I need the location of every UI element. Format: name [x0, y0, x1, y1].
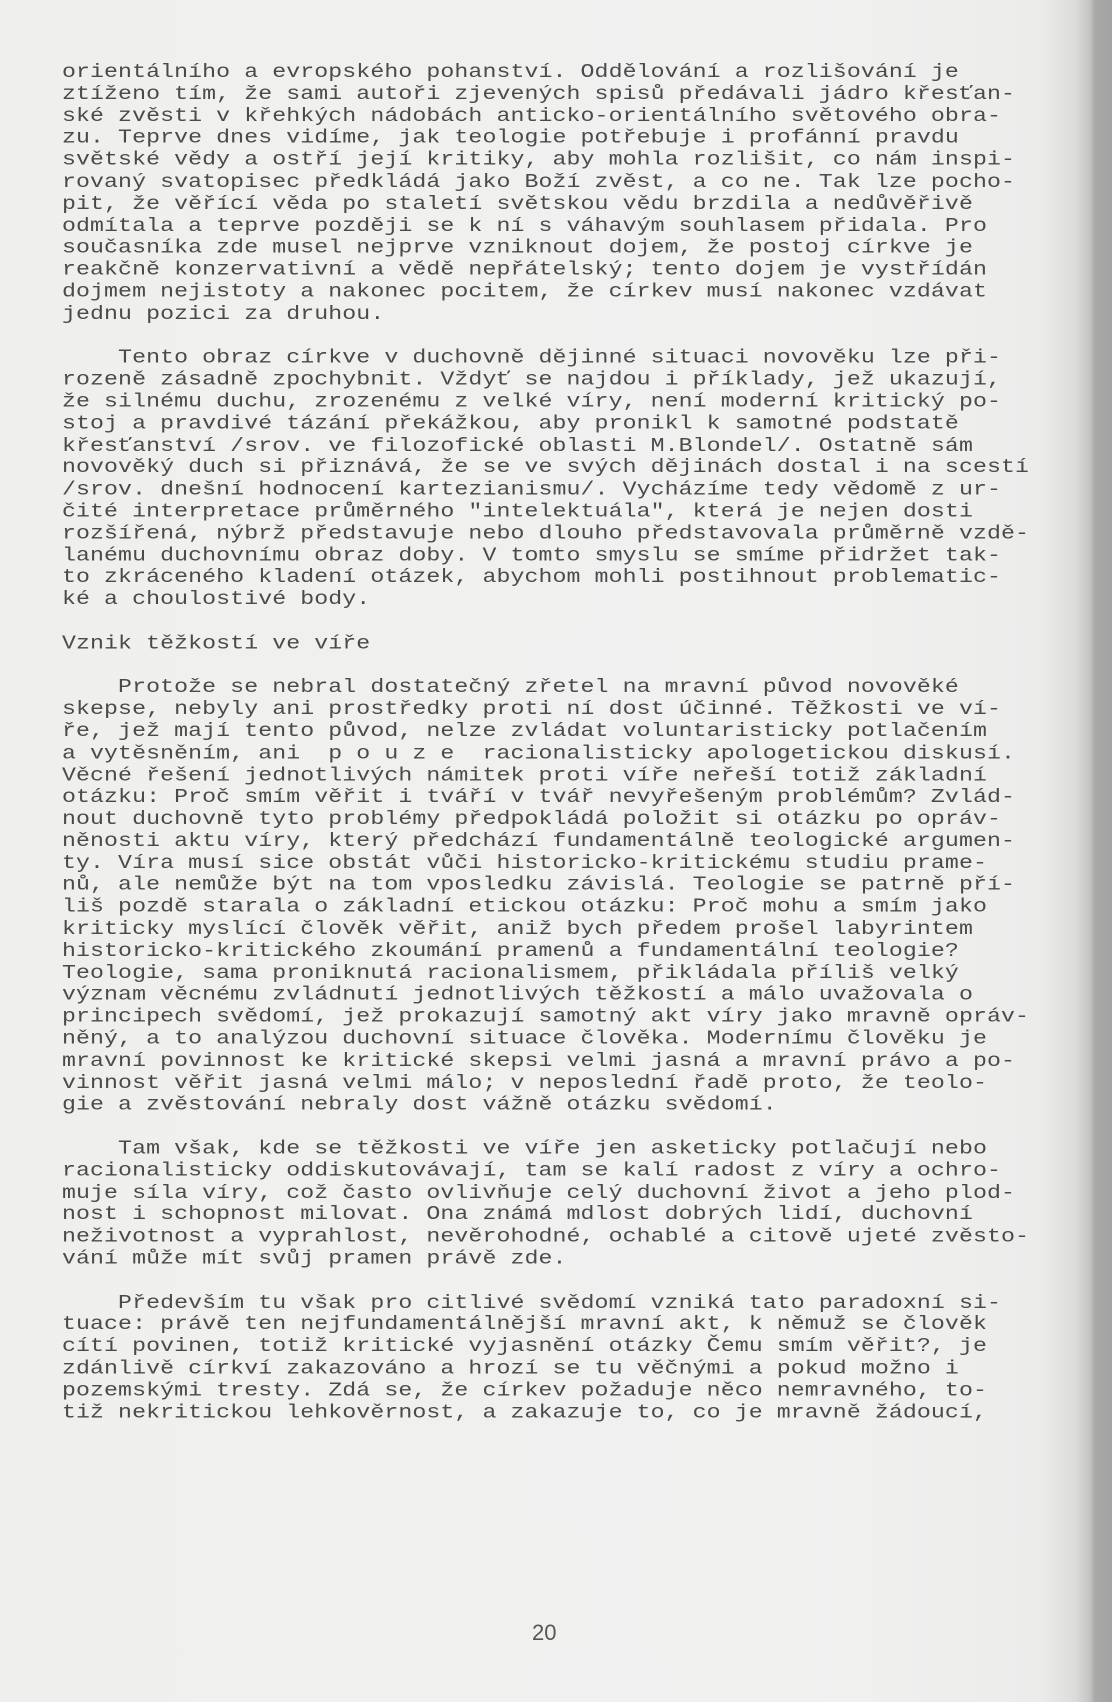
- paragraph-gap: [62, 1118, 1029, 1140]
- text-line: racionalisticky oddiskutovávají, tam se …: [62, 1162, 1029, 1184]
- text-line: to zkráceného kladení otázek, abychom mo…: [62, 568, 1029, 590]
- text-line: současníka zde musel nejprve vzniknout d…: [62, 239, 1029, 261]
- text-line: zu. Teprve dnes vidíme, jak teologie pot…: [62, 129, 1029, 151]
- text-line: /srov. dnešní hodnocení kartezianismu/. …: [62, 480, 1029, 502]
- text-line: stoj a pravdivé tázání překážkou, aby pr…: [62, 415, 1029, 437]
- text-line: vinnost věřit jasná velmi málo; v neposl…: [62, 1074, 1029, 1096]
- text-line: mravní povinnost ke kritické skepsi velm…: [62, 1052, 1029, 1074]
- text-line: ké a choulostivé body.: [62, 590, 1029, 612]
- text-line: něný, a to analýzou duchovní situace člo…: [62, 1030, 1029, 1052]
- text-line: nout duchovně tyto problémy předpokládá …: [62, 810, 1029, 832]
- text-line: tuace: právě ten nejfundamentálnější mra…: [62, 1315, 1029, 1337]
- text-line: něnosti aktu víry, který předchází funda…: [62, 832, 1029, 854]
- text-line: a vytěsněním, ani p o u z e racionalisti…: [62, 744, 1029, 766]
- text-line: lanému duchovnímu obraz doby. V tomto sm…: [62, 546, 1029, 568]
- text-line: muje síla víry, což často ovlivňuje celý…: [62, 1184, 1029, 1206]
- text-line: Teologie, sama proniknutá racionalismem,…: [62, 964, 1029, 986]
- text-line: dojmem nejistoty a nakonec pocitem, že c…: [62, 283, 1029, 305]
- text-line: pozemskými tresty. Zdá se, že církev pož…: [62, 1381, 1029, 1403]
- text-line: cítí povinen, totiž kritické vyjasnění o…: [62, 1337, 1029, 1359]
- text-line: ské zvěsti v křehkých nádobách anticko-o…: [62, 107, 1029, 129]
- text-line: že silnému duchu, zrozenému z velké víry…: [62, 393, 1029, 415]
- text-line: význam věcnému zvládnutí jednotlivých tě…: [62, 986, 1029, 1008]
- text-line: gie a zvěstování nebraly dost vážně otáz…: [62, 1096, 1029, 1118]
- text-line: Protože se nebral dostatečný zřetel na m…: [62, 678, 1029, 700]
- text-line: odmítala a teprve později se k ní s váha…: [62, 217, 1029, 239]
- text-line: světské vědy a ostří její kritiky, aby m…: [62, 151, 1029, 173]
- text-line: kriticky myslící člověk věřit, aniž bych…: [62, 920, 1029, 942]
- paragraph-gap: [62, 1272, 1029, 1294]
- text-line: orientálního a evropského pohanství. Odd…: [62, 63, 1029, 85]
- text-line: Věcné řešení jednotlivých námitek proti …: [62, 766, 1029, 788]
- text-line: vání může mít svůj pramen právě zde.: [62, 1250, 1029, 1272]
- text-line: nů, ale nemůže být na tom vposledku závi…: [62, 876, 1029, 898]
- scanned-page: orientálního a evropského pohanství. Odd…: [0, 0, 1112, 1702]
- text-line: jednu pozici za druhou.: [62, 305, 1029, 327]
- text-line: principech svědomí, jež prokazují samotn…: [62, 1008, 1029, 1030]
- text-line: tiž nekritickou lehkověrnost, a zakazuje…: [62, 1403, 1029, 1425]
- text-line: Vznik těžkostí ve víře: [62, 634, 1029, 656]
- text-line: nost i schopnost milovat. Ona známá mdlo…: [62, 1206, 1029, 1228]
- text-line: ztíženo tím, že sami autoři zjevených sp…: [62, 85, 1029, 107]
- text-line: rozšířená, nýbrž představuje nebo dlouho…: [62, 524, 1029, 546]
- text-line: neživotnost a vyprahlost, nevěrohodné, o…: [62, 1228, 1029, 1250]
- page-number: 20: [532, 1620, 556, 1646]
- text-line: reakčně konzervativní a vědě nepřátelský…: [62, 261, 1029, 283]
- text-line: liš pozdě starala o základní etickou otá…: [62, 898, 1029, 920]
- text-line: zdánlivě církví zakazováno a hrozí se tu…: [62, 1359, 1029, 1381]
- typewritten-text-body: orientálního a evropského pohanství. Odd…: [62, 63, 1029, 1425]
- paragraph: Tento obraz církve v duchovně dějinné si…: [62, 349, 1029, 613]
- text-line: Tam však, kde se těžkosti ve víře jen as…: [62, 1140, 1029, 1162]
- text-line: historicko-kritického zkoumání pramenů a…: [62, 942, 1029, 964]
- text-line: čité interpretace průměrného "intelektuá…: [62, 502, 1029, 524]
- text-line: novověký duch si přiznává, že se ve svýc…: [62, 459, 1029, 481]
- paragraph: orientálního a evropského pohanství. Odd…: [62, 63, 1029, 327]
- text-line: křesťanství /srov. ve filozofické oblast…: [62, 437, 1029, 459]
- text-line: Tento obraz církve v duchovně dějinné si…: [62, 349, 1029, 371]
- text-line: skepse, nebyly ani prostředky proti ní d…: [62, 700, 1029, 722]
- text-line: otázku: Proč smím věřit i tváří v tvář n…: [62, 788, 1029, 810]
- text-line: pit, že věřící věda po staletí světskou …: [62, 195, 1029, 217]
- section-heading: Vznik těžkostí ve víře: [62, 634, 1029, 656]
- paragraph: Tam však, kde se těžkosti ve víře jen as…: [62, 1140, 1029, 1272]
- paragraph-gap: [62, 612, 1029, 634]
- paragraph: Především tu však pro citlivé svědomí vz…: [62, 1294, 1029, 1426]
- paragraph-gap: [62, 327, 1029, 349]
- text-line: ty. Víra musí sice obstát vůči historick…: [62, 854, 1029, 876]
- text-line: rovaný svatopisec předkládá jako Boží zv…: [62, 173, 1029, 195]
- text-line: Především tu však pro citlivé svědomí vz…: [62, 1294, 1029, 1316]
- text-line: rozeně zásadně zpochybnit. Vždyť se najd…: [62, 371, 1029, 393]
- paragraph-gap: [62, 656, 1029, 678]
- paragraph: Protože se nebral dostatečný zřetel na m…: [62, 678, 1029, 1117]
- text-line: ře, jež mají tento původ, nelze zvládat …: [62, 722, 1029, 744]
